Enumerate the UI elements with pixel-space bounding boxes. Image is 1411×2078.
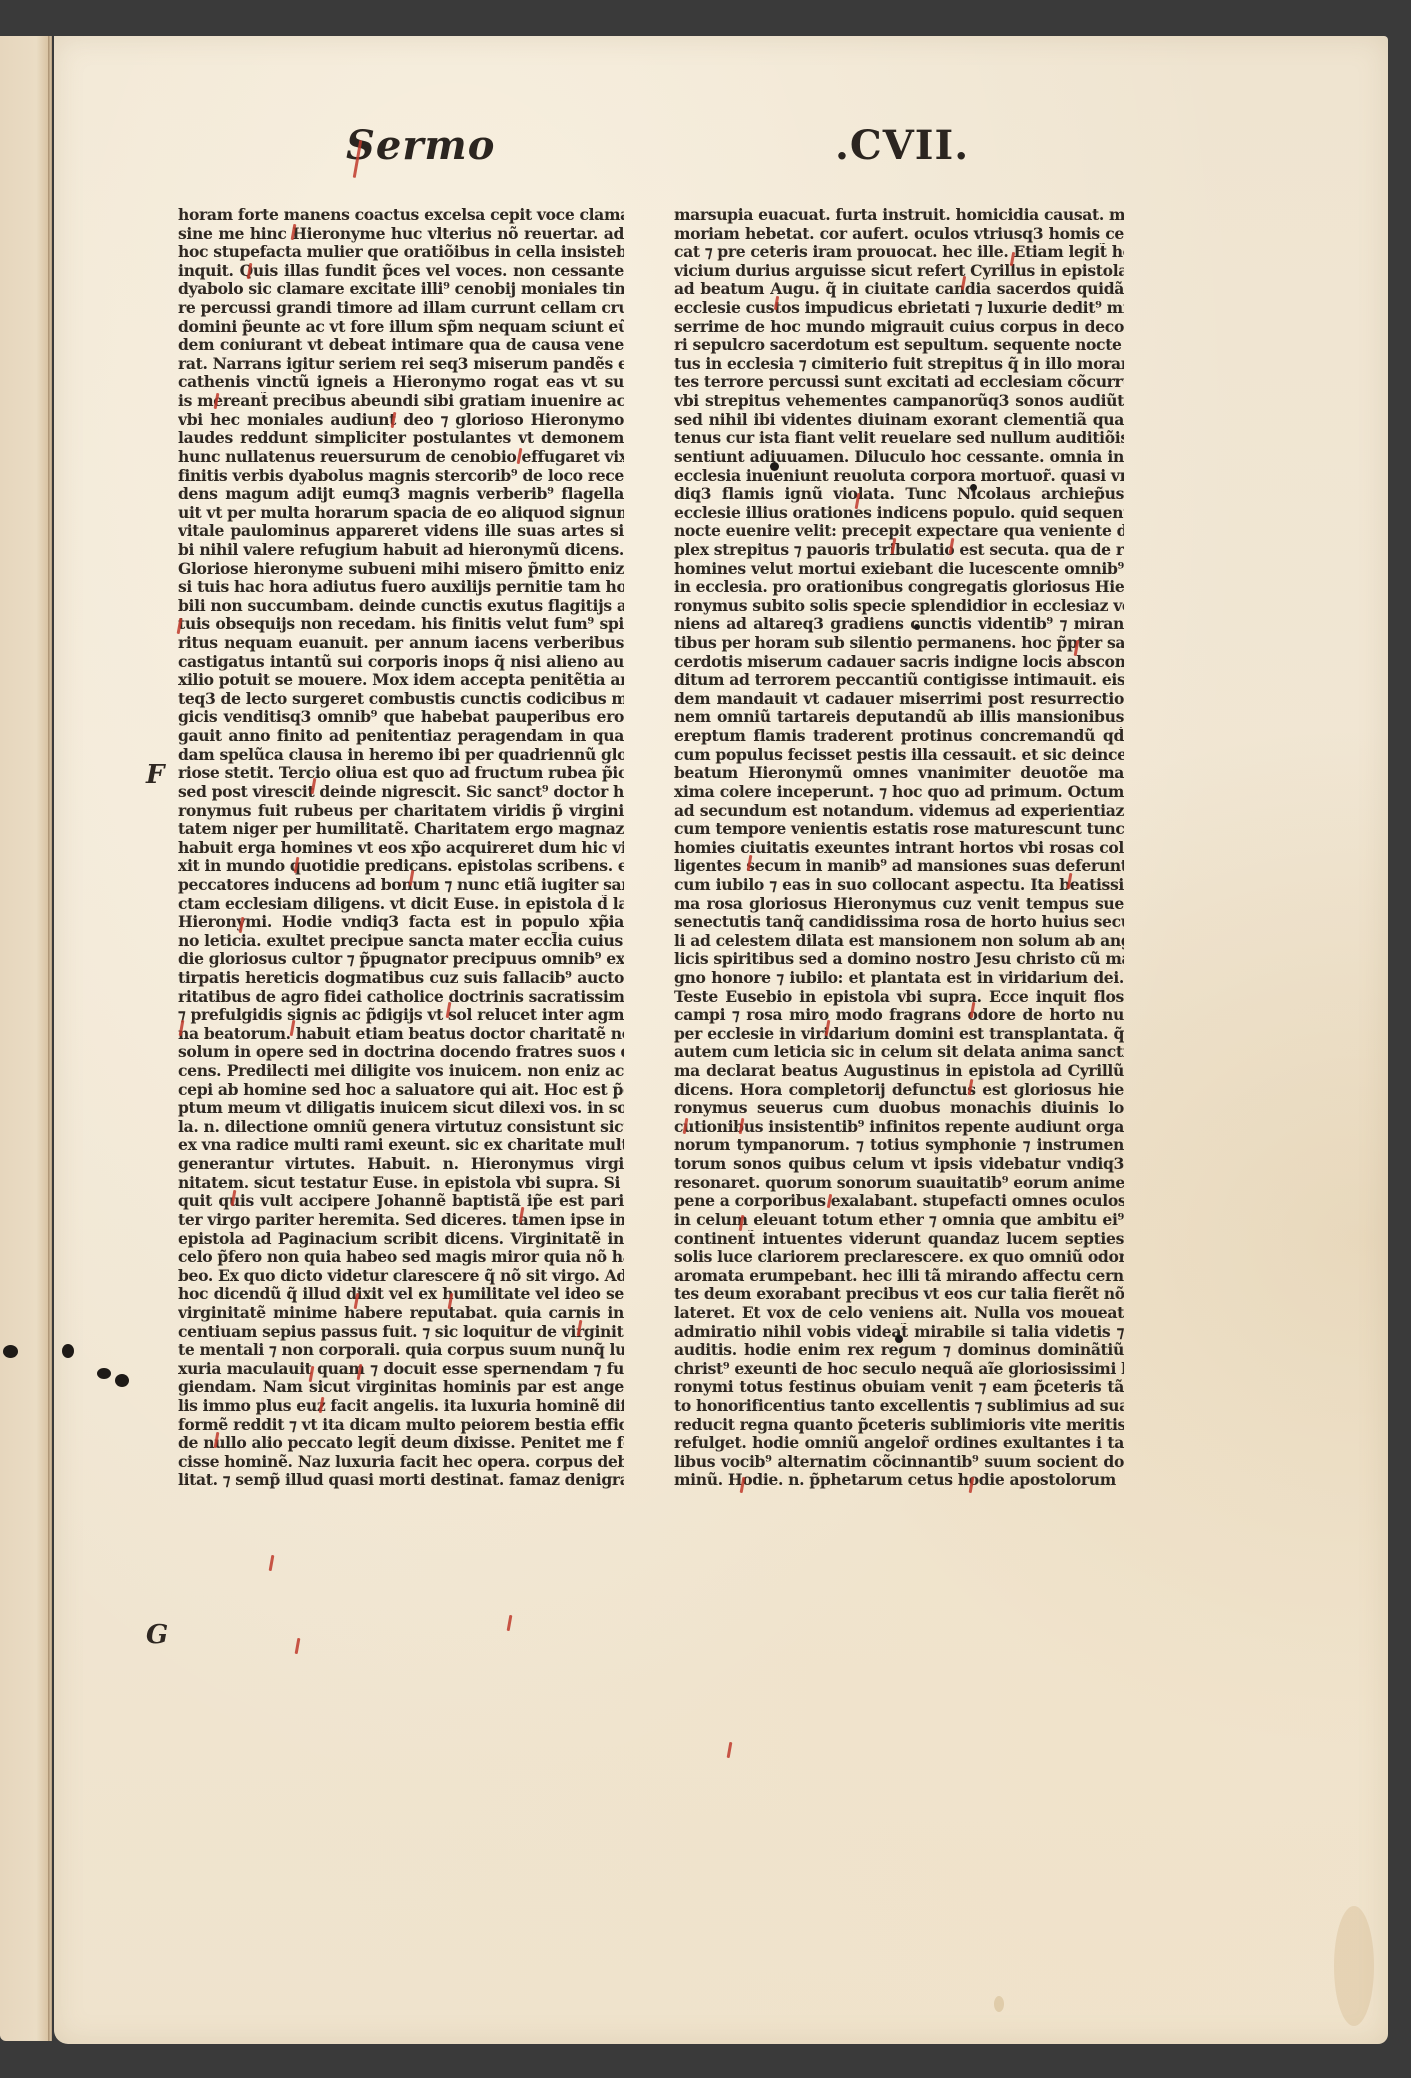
text-line: uit vt per multa horarum spacia de eo al… [178,504,624,523]
text-line: cerdotis miserum cadauer sacris indigne … [674,653,1124,672]
text-line: ligentes secum in manib⁹ ad mansiones su… [674,857,1124,876]
text-line: gno honore ⁊ iubilo: et plantata est in … [674,969,1124,988]
text-line: bi nihil valere refugium habuit ad hiero… [178,541,624,560]
text-line: xima colere inceperunt. ⁊ hoc quo ad pri… [674,783,1124,802]
text-line: laudes reddunt simpliciter postulantes v… [178,429,624,448]
text-line: inquit. Quis illas fundit p̃ces vel voce… [178,262,624,281]
text-line: ter virgo pariter heremita. Sed diceres.… [178,1211,624,1230]
text-line: ma rosa gloriosus Hieronymus cuz venit t… [674,895,1124,914]
text-line: resonaret. quorum sonorum suauitatib⁹ eo… [674,1174,1124,1193]
text-line: castigatus intantũ sui corporis inops q̃… [178,653,624,672]
ink-spot [970,484,977,491]
text-line: hoc dicendũ q̃ illud dixit vel ex humili… [178,1285,624,1304]
text-line: aromata erumpebant. hec illi tã mirando … [674,1267,1124,1286]
facing-page-edge [0,36,52,2041]
ink-spot [115,1374,129,1387]
text-line: la. n. dilectione omniũ genera virtutuz … [178,1118,624,1137]
text-line: moriam hebetat. cor aufert. oculos vtriu… [674,225,1124,244]
text-line: si tuis hac hora adiutus fuero auxilijs … [178,578,624,597]
folio-number: .CVII. [835,122,969,182]
text-line: tus in ecclesia ⁊ cimiterio fuit strepit… [674,355,1124,374]
ink-spot [97,1368,111,1379]
text-line: tuis obsequijs non recedam. his finitis … [178,615,624,634]
text-line: die gloriosus cultor ⁊ p̃pugnator precip… [178,950,624,969]
text-line: hunc nullatenus reuersurum de cenobio ef… [178,448,624,467]
ink-spot [895,1335,903,1343]
text-line: ereptum flamis traderent protinus concre… [674,727,1124,746]
text-line: formẽ reddit ⁊ vt ita dicam multo peiore… [178,1416,624,1435]
text-column-left: horam forte manens coactus excelsa cepit… [178,206,624,1490]
text-line: tatem niger per humilitatẽ. Charitatem e… [178,820,624,839]
text-line: dem mandauit vt cadauer miserrimi post r… [674,690,1124,709]
text-line: christ⁹ exeunti de hoc seculo nequã aĩe … [674,1360,1124,1379]
text-line: tibus per horam sub silentio permanens. … [674,634,1124,653]
text-line: hoc stupefacta mulier que oratiõibus in … [178,243,624,262]
text-line: xuria maculauit quam ⁊ docuit esse spern… [178,1360,624,1379]
text-line: per ecclesie in viridarium domini est tr… [674,1025,1124,1044]
text-line: celo p̃fero non quia habeo sed magis mir… [178,1248,624,1267]
text-line: beo. Ex quo dicto videtur clarescere q̃ … [178,1267,624,1286]
text-line: tes deum exorabant precibus vt eos cur t… [674,1285,1124,1304]
text-line: autem cum leticia sic in celum sit delat… [674,1043,1124,1062]
text-line: ritus nequam euanuit. per annum iacens v… [178,634,624,653]
edge-stain [1334,1906,1374,2026]
text-line: nem omniũ tartareis deputandũ ab illis m… [674,708,1124,727]
text-line: senectutis tanq̃ candidissima rosa de ho… [674,913,1124,932]
text-line: no leticia. exultet precipue sancta mate… [178,932,624,951]
text-line: continent̃ intuentes viderunt quandaz lu… [674,1230,1124,1249]
text-line: in ecclesia. pro orationibus congregatis… [674,578,1124,597]
text-line: centiuam sepius passus fuit. ⁊ sic loqui… [178,1323,624,1342]
text-line: li ad celestem dilata est mansionem non … [674,932,1124,951]
text-line: te mentali ⁊ non corporali. quia corpus … [178,1341,624,1360]
text-line: tes terrore percussi sunt excitati ad ec… [674,373,1124,392]
text-line: habuit erga homines vt eos xp̃o acquirer… [178,839,624,858]
text-line: dens magum adijt eumq3 magnis verberib⁹ … [178,485,624,504]
text-line: niens ad altareq3 gradiens cunctis viden… [674,615,1124,634]
text-line: pene a corporibus exalabant. stupefacti … [674,1192,1124,1211]
text-line: Teste Eusebio in epistola vbi supra. Ecc… [674,988,1124,1007]
text-line: ad beatum Augu. q̃ in ciuitate candia sa… [674,280,1124,299]
text-line: cat ⁊ pre ceteris iram prouocat. hec ill… [674,243,1124,262]
text-line: dicens. Hora completorij defunctus est g… [674,1081,1124,1100]
text-line: torum sonos quibus celum vt ipsis videba… [674,1155,1124,1174]
foxing-spot [994,1996,1004,2012]
text-line: cathenis vinctũ igneis a Hieronymo rogat… [178,373,624,392]
text-line: cisse hominẽ. Naz luxuria facit hec oper… [178,1453,624,1472]
text-line: vicium durius arguisse sicut refert Cyri… [674,262,1124,281]
text-line: ex vna radice multi rami exeunt. sic ex … [178,1136,624,1155]
text-line: solum in opere sed in doctrina docendo f… [178,1043,624,1062]
text-line: is mereant̃ precibus abeundi sibi gratia… [178,392,624,411]
text-line: ma declarat beatus Augustinus in epistol… [674,1062,1124,1081]
text-line: cum populus fecisset pestis illa cessaui… [674,746,1124,765]
text-line: homies ciuitatis exeuntes intrant hortos… [674,839,1124,858]
text-line: riose stetit. Tercio oliua est quo ad fr… [178,764,624,783]
text-line: plex strepitus ⁊ pauoris tribulatio est … [674,541,1124,560]
marginal-letter: F [146,760,164,790]
text-line: gauit anno finito ad penitentiaz peragen… [178,727,624,746]
text-line: ctam ecclesiam diligens. vt dicit Euse. … [178,895,624,914]
text-line: campi ⁊ rosa miro modo fragrans odore de… [674,1006,1124,1025]
text-line: xit in mundo quotidie predicans. epistol… [178,857,624,876]
running-head-sermo: Sermo [346,122,495,182]
text-line: ronymus fuit rubeus per charitatem virid… [178,802,624,821]
text-line: lis immo plus euz facit angelis. ita lux… [178,1397,624,1416]
text-line: cum tempore venientis estatis rose matur… [674,820,1124,839]
text-line: bili non succumbam. deinde cunctis exutu… [178,597,624,616]
text-line: ecclesia inueniunt reuoluta corpora mort… [674,467,1124,486]
text-line: Gloriose hieronyme subueni mihi misero p… [178,560,624,579]
text-line: epistola ad Paginacium scribit dicens. V… [178,1230,624,1249]
text-line: xilio potuit se mouere. Mox idem accepta… [178,671,624,690]
text-line: ditum ad terrorem peccantiũ contigisse i… [674,671,1124,690]
text-line: domini p̃eunte ac vt fore illum sp̃m neq… [178,318,624,337]
text-line: vbi hec moniales audiunt deo ⁊ glorioso … [178,411,624,430]
ink-spot [3,1345,18,1358]
text-line: beatum Hieronymũ omnes vnanimiter deuotõ… [674,764,1124,783]
text-line: gicis venditisq3 omnib⁹ que habebat paup… [178,708,624,727]
text-line: na beatorum. habuit etiam beatus doctor … [178,1025,624,1044]
text-line: refulget. hodie omniũ angelor̃ ordines e… [674,1434,1124,1453]
text-line: norum tympanorum. ⁊ totius symphonie ⁊ i… [674,1136,1124,1155]
text-line: sed nihil ibi videntes diuinam exorant c… [674,411,1124,430]
text-line: virginitatẽ minime habere reputabat. qui… [178,1304,624,1323]
text-line: de nullo alio peccato legit̃ deum dixiss… [178,1434,624,1453]
text-line: sentiunt adiuuamen. Diluculo hoc cessant… [674,448,1124,467]
text-line: homines velut mortui exiebant die lucesc… [674,560,1124,579]
text-line: dem coniurant vt debeat intimare qua de … [178,336,624,355]
text-line: sine me hinc Hieronyme huc vlterius nõ r… [178,225,624,244]
text-line: solis luce clariorem preclarescere. ex q… [674,1248,1124,1267]
text-line: ecclesie illius orationes indicens popul… [674,504,1124,523]
text-line: dam spelũca clausa in heremo ibi per qua… [178,746,624,765]
text-line: peccatores inducens ad bonum ⁊ nunc etiã… [178,876,624,895]
text-line: reducit regna quanto p̃ceteris sublimior… [674,1416,1124,1435]
text-line: cum iubilo ⁊ eas in suo collocant aspect… [674,876,1124,895]
text-line: generantur virtutes. Habuit. n. Hieronym… [178,1155,624,1174]
text-line: horam forte manens coactus excelsa cepit… [178,206,624,225]
text-line: rat. Narrans igitur seriem rei seq3 mise… [178,355,624,374]
text-line: ronymus subito solis specie splendidior … [674,597,1124,616]
text-line: cens. Predilecti mei diligite vos inuice… [178,1062,624,1081]
text-line: diq3 flamis ignũ violata. Tunc Nicolaus … [674,485,1124,504]
text-line: giendam. Nam sicut virginitas hominis pa… [178,1378,624,1397]
binding-gutter [48,36,51,2041]
text-line: vbi strepitus vehementes campanorũq3 son… [674,392,1124,411]
text-column-right: marsupia euacuat. furta instruit. homici… [674,206,1124,1490]
text-line: teq3 de lecto surgeret combustis cunctis… [178,690,624,709]
text-line: tirpatis hereticis dogmatibus cuz suis f… [178,969,624,988]
text-line: libus vocib⁹ alternatim cõcinnantib⁹ suu… [674,1453,1124,1472]
text-line: nitatem. sicut testatur Euse. in epistol… [178,1174,624,1193]
text-line: ⁊ prefulgidis signis ac p̃digijs vt sol … [178,1006,624,1025]
text-line: ad secundum est notandum. videmus ad exp… [674,802,1124,821]
text-line: litat. ⁊ semp̃ illud quasi morti destina… [178,1471,624,1490]
ink-spot [62,1344,74,1358]
text-line: ri sepulcro sacerdotum est sepultum. seq… [674,336,1124,355]
text-line: sed post virescit deinde nigrescit. Sic … [178,783,624,802]
text-line: ritatibus de agro fidei catholice doctri… [178,988,624,1007]
text-line: licis spiritibus sed a domino nostro Jes… [674,950,1124,969]
text-line: finitis verbis dyabolus magnis stercorib… [178,467,624,486]
text-line: serrime de hoc mundo migrauit cuius corp… [674,318,1124,337]
text-line: auditis. hodie enim rex regum ⁊ dominus … [674,1341,1124,1360]
text-line: Hieronymi. Hodie vndiq3 facta est in pop… [178,913,624,932]
text-line: nocte euenire velit: precepit expectare … [674,522,1124,541]
text-line: ronymi totus festinus obuiam venit ⁊ eam… [674,1378,1124,1397]
text-line: ronymus seuerus cum duobus monachis diui… [674,1099,1124,1118]
text-line: tenus cur ista fiant velit reuelare sed … [674,429,1124,448]
text-line: dyabolo sic clamare excitate illi⁹ cenob… [178,280,624,299]
text-line: to honorificentius tanto excellentis ⁊ s… [674,1397,1124,1416]
text-line: lateret. Et vox de celo veniens ait. Nul… [674,1304,1124,1323]
text-line: ptum meum vt diligatis inuicem sicut dil… [178,1099,624,1118]
ink-spot [914,624,920,630]
text-line: ecclesie custos impudicus ebrietati ⁊ lu… [674,299,1124,318]
marginal-letter: G [146,1620,168,1650]
ink-spot [770,462,779,471]
text-line: re percussi grandi timore ad illam curru… [178,299,624,318]
text-line: quit quis vult accipere Johannẽ baptistã… [178,1192,624,1211]
text-line: cepi ab homine sed hoc a saluatore qui a… [178,1081,624,1100]
text-line: marsupia euacuat. furta instruit. homici… [674,206,1124,225]
text-line: vitale paulominus appareret videns ille … [178,522,624,541]
